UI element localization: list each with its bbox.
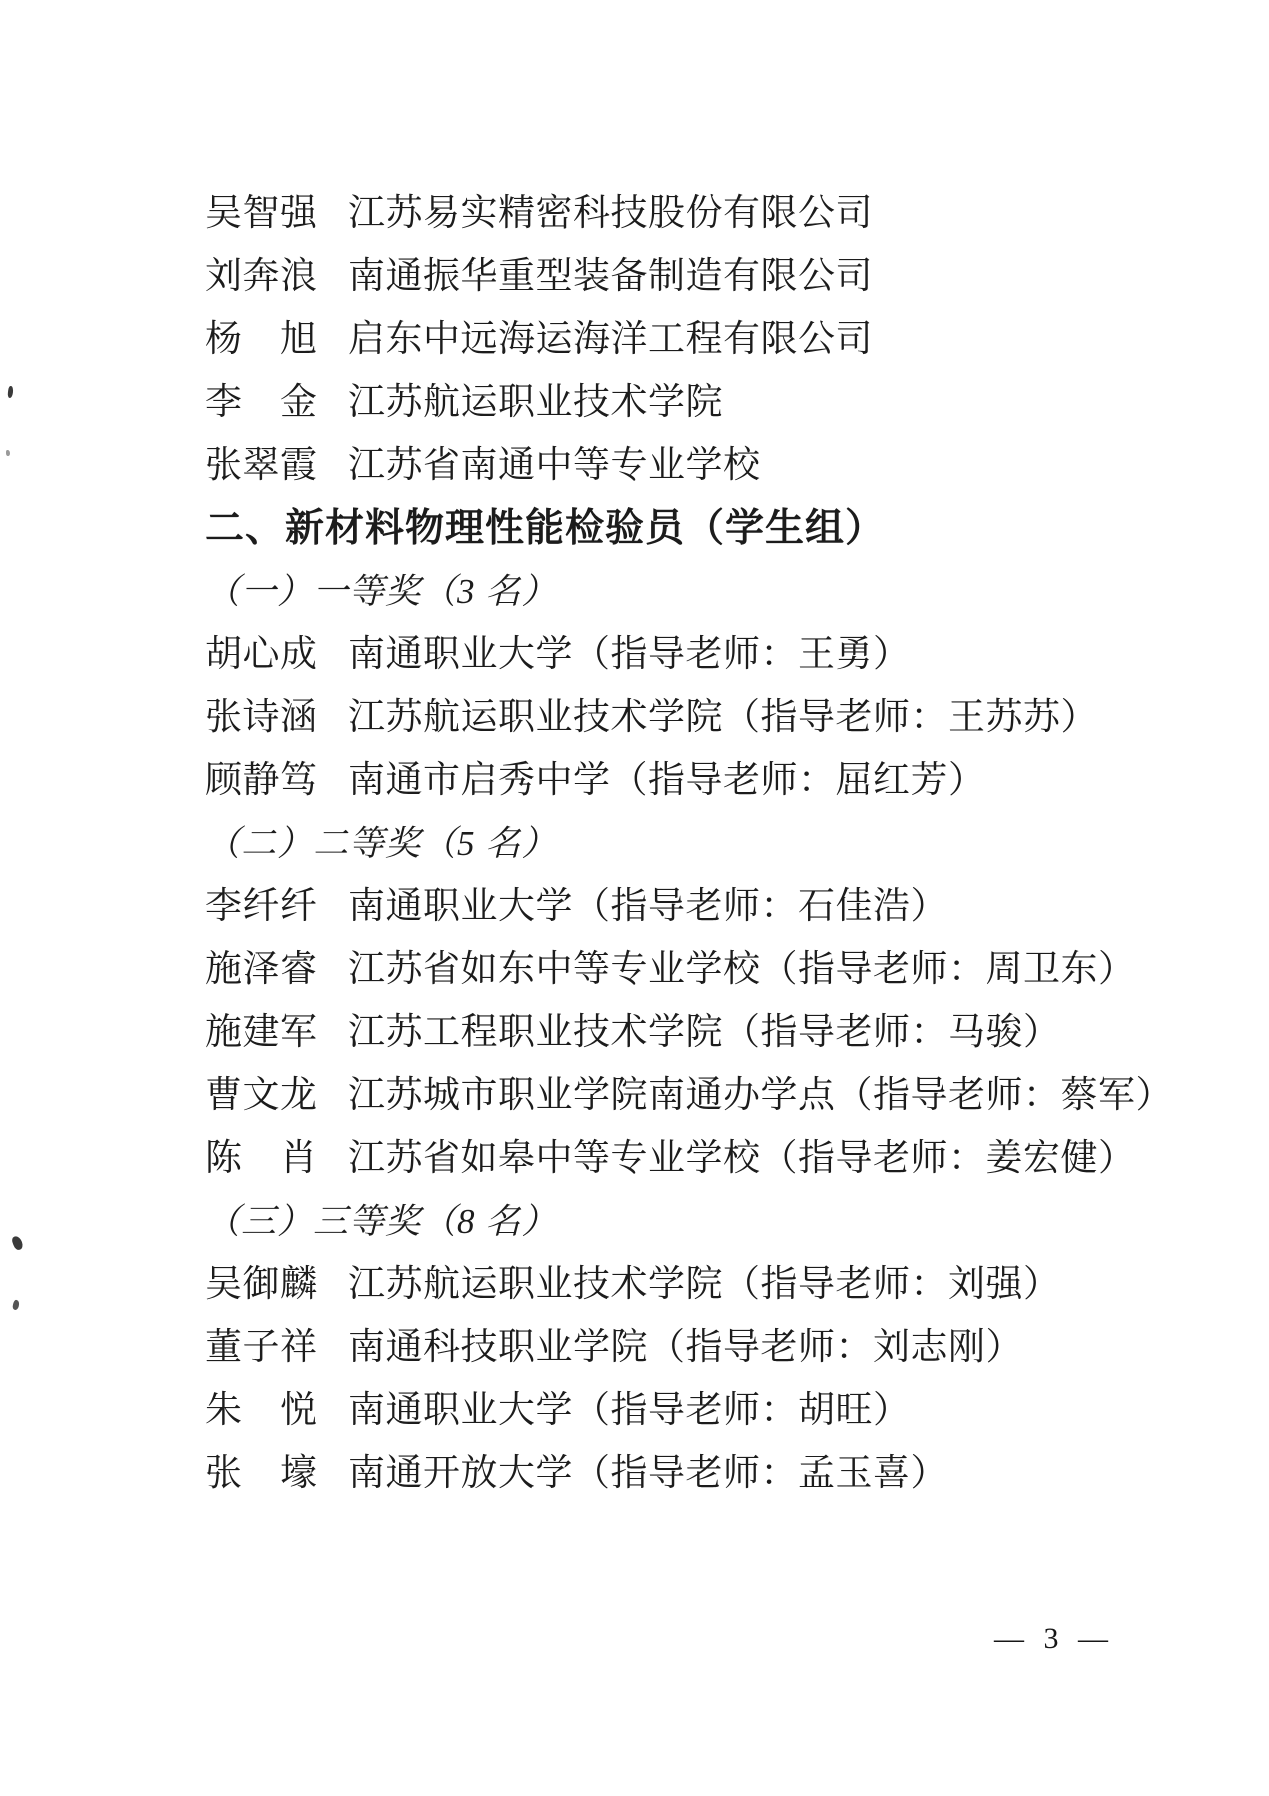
award-tier-heading: （三）三等奖（8 名） bbox=[205, 1190, 1173, 1253]
entry-organization: 南通职业大学（指导老师：胡旺） bbox=[348, 1379, 911, 1442]
entry-row: 李纤纤 南通职业大学（指导老师：石佳浩） bbox=[205, 875, 1173, 938]
page-number: — 3 — bbox=[994, 1622, 1114, 1656]
entry-name: 胡心成 bbox=[205, 623, 318, 686]
entry-row: 刘奔浪 南通振华重型装备制造有限公司 bbox=[205, 245, 1173, 308]
entry-name: 董子祥 bbox=[205, 1316, 318, 1379]
entry-name: 施建军 bbox=[205, 1001, 318, 1064]
entry-name: 施泽睿 bbox=[205, 938, 318, 1001]
award-tier-heading: （二）二等奖（5 名） bbox=[205, 812, 1173, 875]
entry-organization: 南通振华重型装备制造有限公司 bbox=[348, 245, 873, 308]
document-page: 吴智强 江苏易实精密科技股份有限公司 刘奔浪 南通振华重型装备制造有限公司 杨 … bbox=[0, 0, 1269, 1796]
entry-name: 顾静笃 bbox=[205, 749, 318, 812]
entry-row: 施泽睿 江苏省如东中等专业学校（指导老师：周卫东） bbox=[205, 938, 1173, 1001]
award-tier-heading: （一）一等奖（3 名） bbox=[205, 560, 1173, 623]
entry-organization: 启东中远海运海洋工程有限公司 bbox=[348, 308, 873, 371]
entry-name: 吴御麟 bbox=[205, 1253, 318, 1316]
entry-row: 董子祥 南通科技职业学院（指导老师：刘志刚） bbox=[205, 1316, 1173, 1379]
entry-row: 杨 旭 启东中远海运海洋工程有限公司 bbox=[205, 308, 1173, 371]
entry-name: 张 壕 bbox=[205, 1442, 318, 1505]
entry-row: 张诗涵 江苏航运职业技术学院（指导老师：王苏苏） bbox=[205, 686, 1173, 749]
scan-speck bbox=[7, 386, 14, 399]
entry-name: 陈 肖 bbox=[205, 1127, 318, 1190]
entry-row: 顾静笃 南通市启秀中学（指导老师：屈红芳） bbox=[205, 749, 1173, 812]
entry-name: 张翠霞 bbox=[205, 434, 318, 497]
entry-row: 张翠霞 江苏省南通中等专业学校 bbox=[205, 434, 1173, 497]
scan-speck bbox=[11, 1235, 24, 1251]
entry-row: 胡心成 南通职业大学（指导老师：王勇） bbox=[205, 623, 1173, 686]
entry-name: 张诗涵 bbox=[205, 686, 318, 749]
entry-organization: 南通职业大学（指导老师：王勇） bbox=[348, 623, 911, 686]
entry-name: 李 金 bbox=[205, 371, 318, 434]
entry-organization: 南通职业大学（指导老师：石佳浩） bbox=[348, 875, 948, 938]
entry-organization: 江苏省南通中等专业学校 bbox=[348, 434, 761, 497]
entry-row: 吴智强 江苏易实精密科技股份有限公司 bbox=[205, 182, 1173, 245]
entry-organization: 江苏城市职业学院南通办学点（指导老师：蔡军） bbox=[348, 1064, 1173, 1127]
entry-name: 杨 旭 bbox=[205, 308, 318, 371]
entry-row: 曹文龙 江苏城市职业学院南通办学点（指导老师：蔡军） bbox=[205, 1064, 1173, 1127]
document-body: 吴智强 江苏易实精密科技股份有限公司 刘奔浪 南通振华重型装备制造有限公司 杨 … bbox=[205, 182, 1173, 1505]
entry-organization: 南通市启秀中学（指导老师：屈红芳） bbox=[348, 749, 986, 812]
entry-organization: 江苏工程职业技术学院（指导老师：马骏） bbox=[348, 1001, 1061, 1064]
entry-organization: 江苏省如东中等专业学校（指导老师：周卫东） bbox=[348, 938, 1136, 1001]
entry-row: 张 壕 南通开放大学（指导老师：孟玉喜） bbox=[205, 1442, 1173, 1505]
section-heading: 二、新材料物理性能检验员（学生组） bbox=[205, 497, 1173, 560]
entry-row: 朱 悦 南通职业大学（指导老师：胡旺） bbox=[205, 1379, 1173, 1442]
entry-organization: 江苏省如皋中等专业学校（指导老师：姜宏健） bbox=[348, 1127, 1136, 1190]
entry-row: 吴御麟 江苏航运职业技术学院（指导老师：刘强） bbox=[205, 1253, 1173, 1316]
entry-organization: 江苏航运职业技术学院（指导老师：王苏苏） bbox=[348, 686, 1098, 749]
entry-name: 曹文龙 bbox=[205, 1064, 318, 1127]
entry-row: 陈 肖 江苏省如皋中等专业学校（指导老师：姜宏健） bbox=[205, 1127, 1173, 1190]
entry-name: 吴智强 bbox=[205, 182, 318, 245]
entry-row: 施建军 江苏工程职业技术学院（指导老师：马骏） bbox=[205, 1001, 1173, 1064]
entry-name: 刘奔浪 bbox=[205, 245, 318, 308]
entry-organization: 江苏航运职业技术学院（指导老师：刘强） bbox=[348, 1253, 1061, 1316]
entry-name: 朱 悦 bbox=[205, 1379, 318, 1442]
entry-organization: 南通开放大学（指导老师：孟玉喜） bbox=[348, 1442, 948, 1505]
entry-organization: 江苏航运职业技术学院 bbox=[348, 371, 723, 434]
entry-name: 李纤纤 bbox=[205, 875, 318, 938]
scan-speck bbox=[6, 450, 10, 456]
entry-organization: 江苏易实精密科技股份有限公司 bbox=[348, 182, 873, 245]
scan-speck bbox=[12, 1299, 20, 1310]
entry-row: 李 金 江苏航运职业技术学院 bbox=[205, 371, 1173, 434]
entry-organization: 南通科技职业学院（指导老师：刘志刚） bbox=[348, 1316, 1023, 1379]
